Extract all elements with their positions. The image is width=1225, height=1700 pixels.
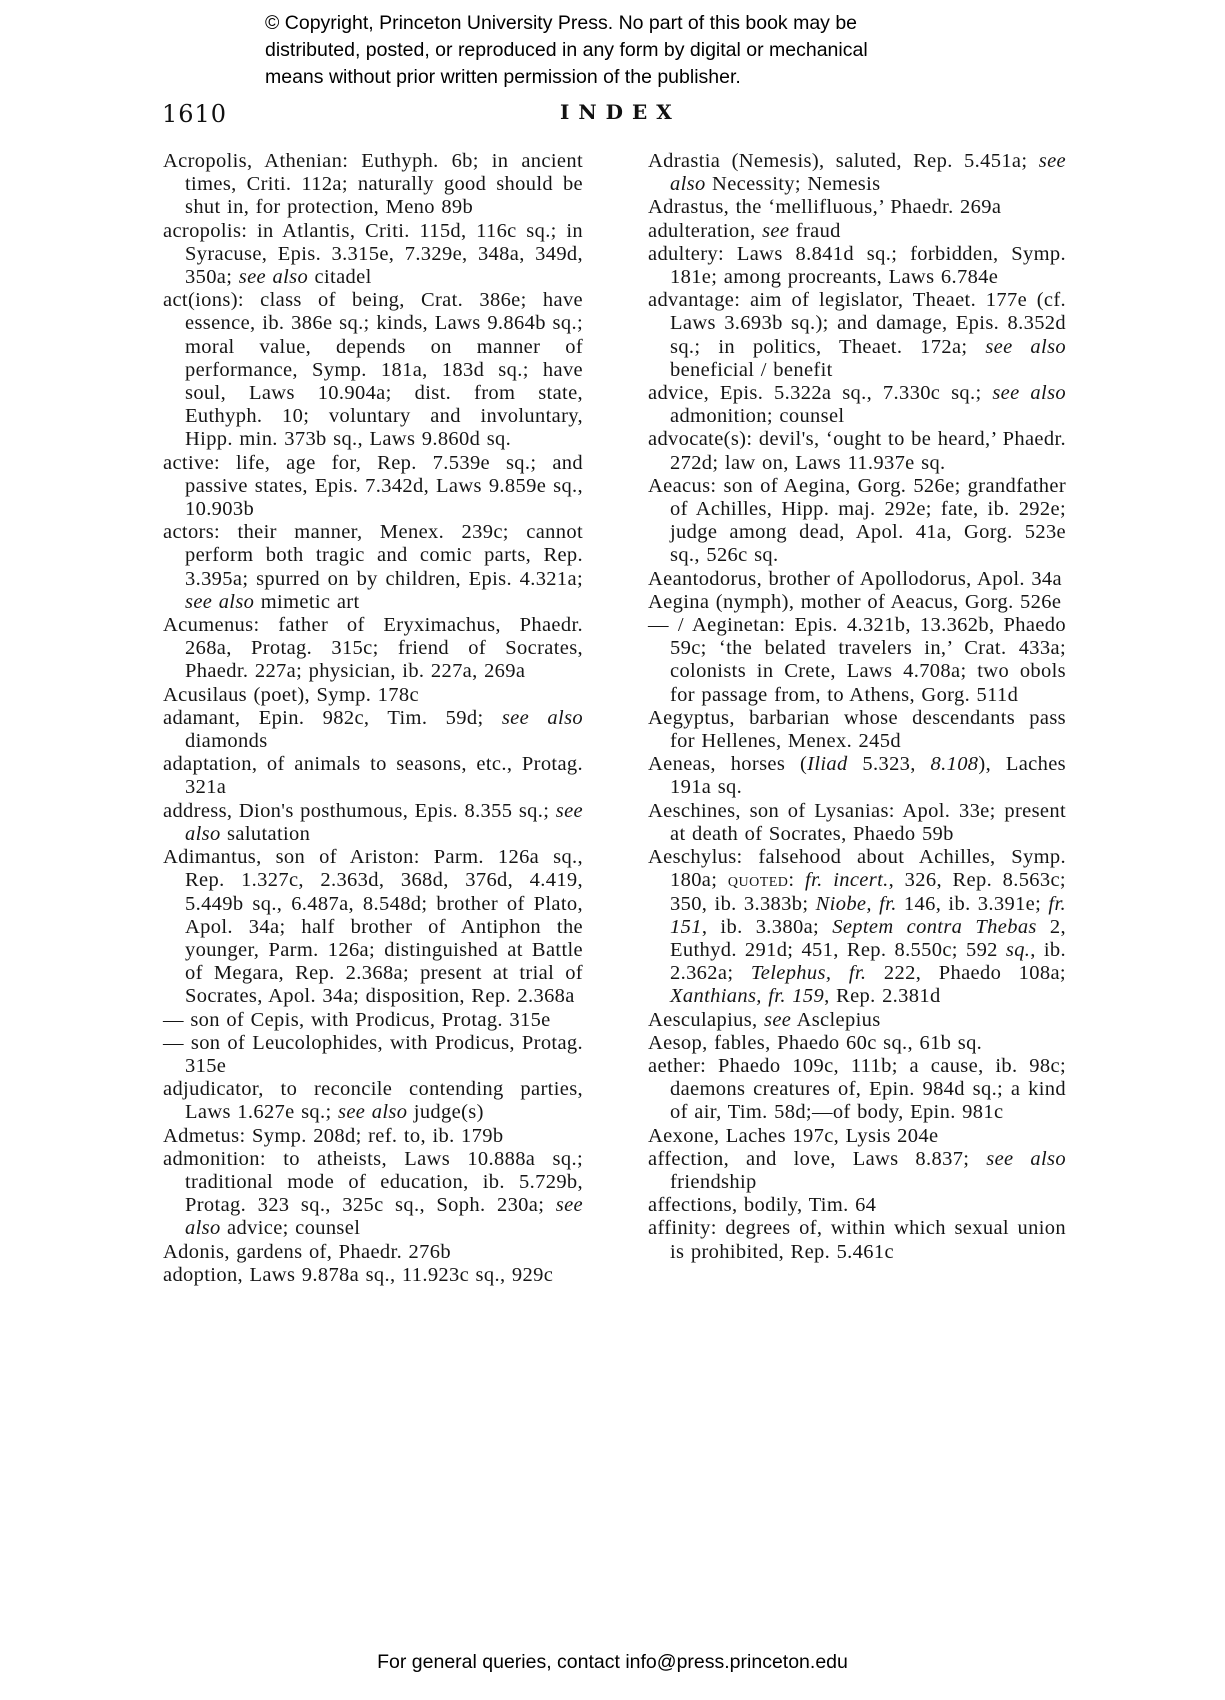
index-column-right: Adrastia (Nemesis), saluted, Rep. 5.451a…	[648, 150, 1066, 1264]
index-entry: affinity: degrees of, within which sexua…	[648, 1217, 1066, 1263]
index-entry: Acumenus: father of Eryximachus, Phaedr.…	[163, 614, 583, 684]
index-entry: Aexone, Laches 197c, Lysis 204e	[648, 1125, 1066, 1148]
index-entry: aether: Phaedo 109c, 111b; a cause, ib. …	[648, 1055, 1066, 1125]
index-entry: acropolis: in Atlantis, Criti. 115d, 116…	[163, 220, 583, 290]
index-entry: Aegina (nymph), mother of Aeacus, Gorg. …	[648, 591, 1066, 614]
index-entry: Aesop, fables, Phaedo 60c sq., 61b sq.	[648, 1032, 1066, 1055]
index-entry: affections, bodily, Tim. 64	[648, 1194, 1066, 1217]
copyright-notice: © Copyright, Princeton University Press.…	[265, 10, 985, 91]
index-entry: Admetus: Symp. 208d; ref. to, ib. 179b	[163, 1125, 583, 1148]
index-entry: adaptation, of animals to seasons, etc.,…	[163, 753, 583, 799]
index-entry: Aeneas, horses (Iliad 5.323, 8.108), Lac…	[648, 753, 1066, 799]
index-entry: address, Dion's posthumous, Epis. 8.355 …	[163, 800, 583, 846]
index-entry: Adrastus, the ‘mellifluous,’ Phaedr. 269…	[648, 196, 1066, 219]
index-entry: Adonis, gardens of, Phaedr. 276b	[163, 1241, 583, 1264]
index-entry: — / Aeginetan: Epis. 4.321b, 13.362b, Ph…	[648, 614, 1066, 707]
index-entry: active: life, age for, Rep. 7.539e sq.; …	[163, 452, 583, 522]
index-entry: Acusilaus (poet), Symp. 178c	[163, 684, 583, 707]
index-entry: adulteration, see fraud	[648, 220, 1066, 243]
index-entry: act(ions): class of being, Crat. 386e; h…	[163, 289, 583, 451]
index-entry: Aeschylus: falsehood about Achilles, Sym…	[648, 846, 1066, 1008]
index-entry: adultery: Laws 8.841d sq.; forbidden, Sy…	[648, 243, 1066, 289]
running-head: INDEX	[560, 100, 681, 124]
index-entry: advice, Epis. 5.322a sq., 7.330c sq.; se…	[648, 382, 1066, 428]
index-entry: Aesculapius, see Asclepius	[648, 1009, 1066, 1032]
index-column-left: Acropolis, Athenian: Euthyph. 6b; in anc…	[163, 150, 583, 1287]
index-entry: Aeschines, son of Lysanias: Apol. 33e; p…	[648, 800, 1066, 846]
index-entry: adoption, Laws 9.878a sq., 11.923c sq., …	[163, 1264, 583, 1287]
copyright-line: means without prior written permission o…	[265, 64, 985, 91]
index-entry: Adimantus, son of Ariston: Parm. 126a sq…	[163, 846, 583, 1008]
index-entry: Acropolis, Athenian: Euthyph. 6b; in anc…	[163, 150, 583, 220]
index-entry: advantage: aim of legislator, Theaet. 17…	[648, 289, 1066, 382]
index-entry: advocate(s): devil's, ‘ought to be heard…	[648, 428, 1066, 474]
index-entry: Aeacus: son of Aegina, Gorg. 526e; grand…	[648, 475, 1066, 568]
index-entry: admonition: to atheists, Laws 10.888a sq…	[163, 1148, 583, 1241]
copyright-line: © Copyright, Princeton University Press.…	[265, 10, 985, 37]
index-entry: Aegyptus, barbarian whose descendants pa…	[648, 707, 1066, 753]
footer-contact: For general queries, contact info@press.…	[0, 1651, 1225, 1674]
page-number: 1610	[162, 100, 227, 128]
index-entry: Adrastia (Nemesis), saluted, Rep. 5.451a…	[648, 150, 1066, 196]
index-entry: adamant, Epin. 982c, Tim. 59d; see also …	[163, 707, 583, 753]
index-entry: affection, and love, Laws 8.837; see als…	[648, 1148, 1066, 1194]
index-entry: Aeantodorus, brother of Apollodorus, Apo…	[648, 568, 1066, 591]
index-entry: adjudicator, to reconcile contending par…	[163, 1078, 583, 1124]
index-entry: actors: their manner, Menex. 239c; canno…	[163, 521, 583, 614]
copyright-line: distributed, posted, or reproduced in an…	[265, 37, 985, 64]
index-entry: — son of Leucolophides, with Prodicus, P…	[163, 1032, 583, 1078]
index-entry: — son of Cepis, with Prodicus, Protag. 3…	[163, 1009, 583, 1032]
